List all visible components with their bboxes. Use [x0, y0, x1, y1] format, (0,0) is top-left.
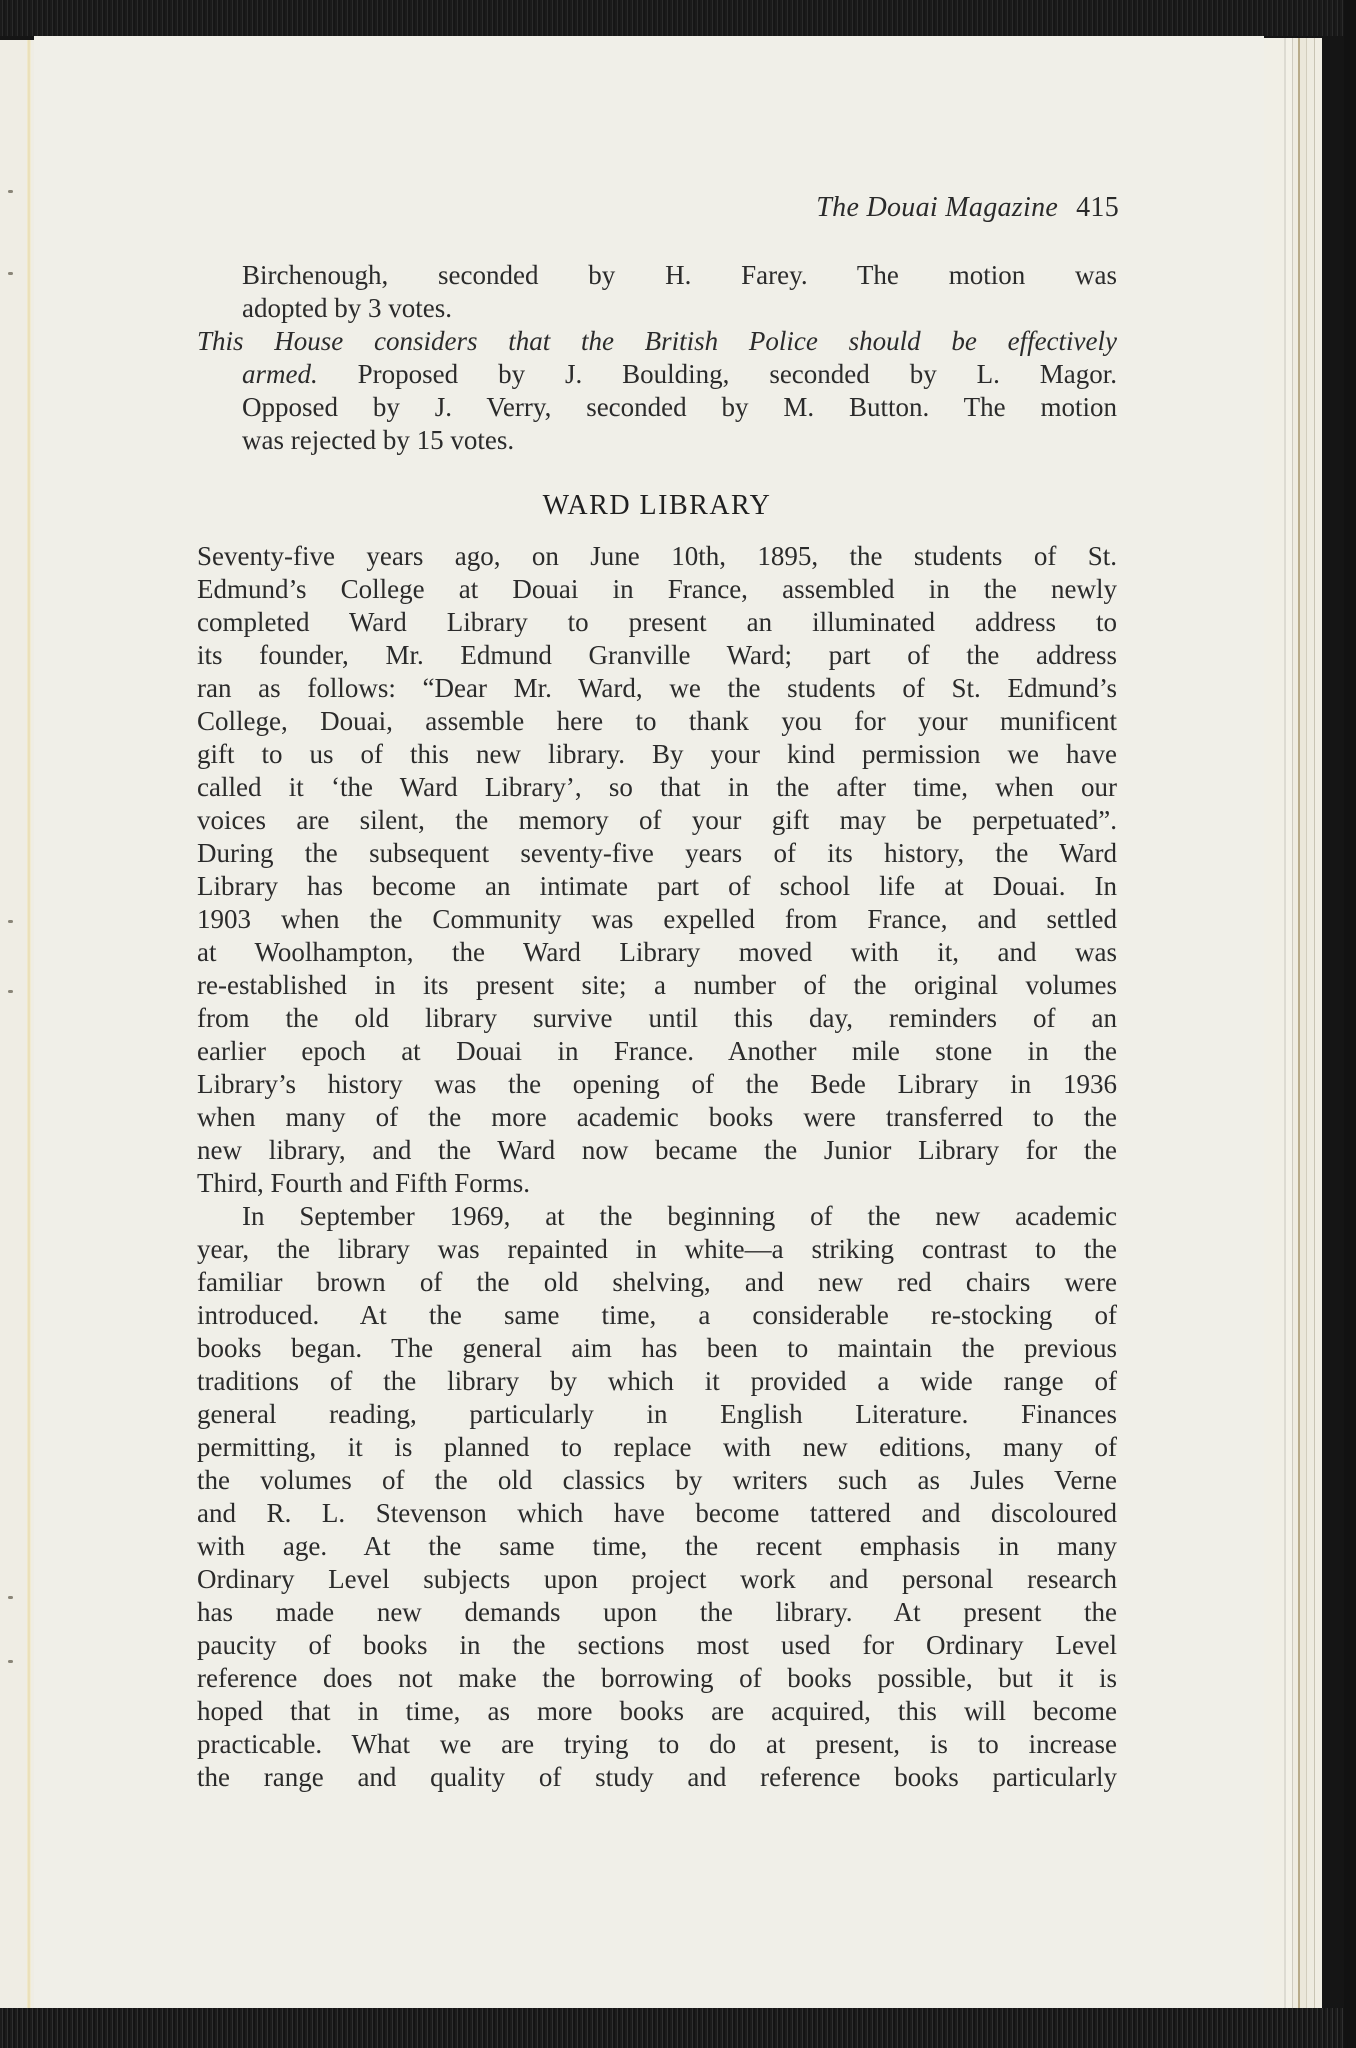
text-line: permitting, it is planned to replace wit…	[197, 1431, 1117, 1464]
text-line: In September 1969, at the beginning of t…	[197, 1200, 1117, 1233]
text-line: earlier epoch at Douai in France. Anothe…	[197, 1035, 1117, 1068]
stitch-mark	[8, 190, 13, 193]
text-line: 1903 when the Community was expelled fro…	[197, 903, 1117, 936]
text-line: gift to us of this new library. By your …	[197, 738, 1117, 771]
text-line: Third, Fourth and Fifth Forms.	[197, 1167, 1117, 1200]
text-line: the range and quality of study and refer…	[197, 1761, 1117, 1794]
magazine-page: The Douai Magazine415 Birchenough, secon…	[34, 36, 1264, 2008]
text-line: Library’s history was the opening of the…	[197, 1068, 1117, 1101]
text-line: College, Douai, assemble here to thank y…	[197, 705, 1117, 738]
motion-title-line: This House considers that the British Po…	[197, 325, 1117, 358]
text-line: Edmund’s College at Douai in France, ass…	[197, 573, 1117, 606]
section-heading: WARD LIBRARY	[197, 488, 1117, 524]
text-line: armed. Proposed by J. Boulding, seconded…	[197, 358, 1117, 391]
text-line: Library has become an intimate part of s…	[197, 870, 1117, 903]
text-line: voices are silent, the memory of your gi…	[197, 804, 1117, 837]
text-line: Opposed by J. Verry, seconded by M. Butt…	[197, 391, 1117, 424]
stitch-mark	[8, 990, 13, 993]
book-scan: The Douai Magazine415 Birchenough, secon…	[0, 0, 1356, 2048]
text-line: During the subsequent seventy-five years…	[197, 837, 1117, 870]
motion-title-end: armed.	[242, 359, 318, 389]
stitch-mark	[8, 272, 13, 275]
book-binding-top	[0, 0, 1356, 36]
text-line: was rejected by 15 votes.	[197, 424, 1117, 457]
text-line: adopted by 3 votes.	[197, 292, 1117, 325]
text-line: when many of the more academic books wer…	[197, 1101, 1117, 1134]
text-line: general reading, particularly in English…	[197, 1398, 1117, 1431]
book-binding-bottom	[0, 2008, 1356, 2048]
previous-page-edge	[0, 40, 38, 2008]
text-line: ran as follows: “Dear Mr. Ward, we the s…	[197, 672, 1117, 705]
running-head: The Douai Magazine415	[34, 192, 1119, 224]
book-binding-right	[1344, 0, 1356, 2048]
text-line: and R. L. Stevenson which have become ta…	[197, 1497, 1117, 1530]
text-line: with age. At the same time, the recent e…	[197, 1530, 1117, 1563]
page-number: 415	[1076, 192, 1119, 223]
text-line: traditions of the library by which it pr…	[197, 1365, 1117, 1398]
text-line: at Woolhampton, the Ward Library moved w…	[197, 936, 1117, 969]
text-line: year, the library was repainted in white…	[197, 1233, 1117, 1266]
text-line: has made new demands upon the library. A…	[197, 1596, 1117, 1629]
paragraph-1: Seventy-five years ago, on June 10th, 18…	[197, 540, 1117, 1200]
text-line: new library, and the Ward now became the…	[197, 1134, 1117, 1167]
text-line: paucity of books in the sections most us…	[197, 1629, 1117, 1662]
text-line: the volumes of the old classics by write…	[197, 1464, 1117, 1497]
text-line: re-established in its present site; a nu…	[197, 969, 1117, 1002]
text-line: familiar brown of the old shelving, and …	[197, 1266, 1117, 1299]
motion-proposers: Proposed by J. Boulding, seconded by L. …	[318, 359, 1117, 389]
text-line: its founder, Mr. Edmund Granville Ward; …	[197, 639, 1117, 672]
text-line: from the old library survive until this …	[197, 1002, 1117, 1035]
text-line: practicable. What we are trying to do at…	[197, 1728, 1117, 1761]
text-line: introduced. At the same time, a consider…	[197, 1299, 1117, 1332]
text-line: Seventy-five years ago, on June 10th, 18…	[197, 540, 1117, 573]
stitch-mark	[8, 1596, 13, 1599]
stitch-mark	[8, 1660, 13, 1663]
paragraph-2: In September 1969, at the beginning of t…	[197, 1200, 1117, 1794]
body-text: Birchenough, seconded by H. Farey. The m…	[197, 259, 1117, 1794]
text-line: hoped that in time, as more books are ac…	[197, 1695, 1117, 1728]
journal-title: The Douai Magazine	[816, 192, 1058, 223]
text-line: Ordinary Level subjects upon project wor…	[197, 1563, 1117, 1596]
text-line: called it ‘the Ward Library’, so that in…	[197, 771, 1117, 804]
stitch-mark	[8, 920, 13, 923]
text-line: reference does not make the borrowing of…	[197, 1662, 1117, 1695]
text-line: Birchenough, seconded by H. Farey. The m…	[197, 259, 1117, 292]
text-line: completed Ward Library to present an ill…	[197, 606, 1117, 639]
text-line: books began. The general aim has been to…	[197, 1332, 1117, 1365]
gutter-fold	[27, 40, 31, 2008]
page-stack-edge	[1262, 38, 1342, 2008]
